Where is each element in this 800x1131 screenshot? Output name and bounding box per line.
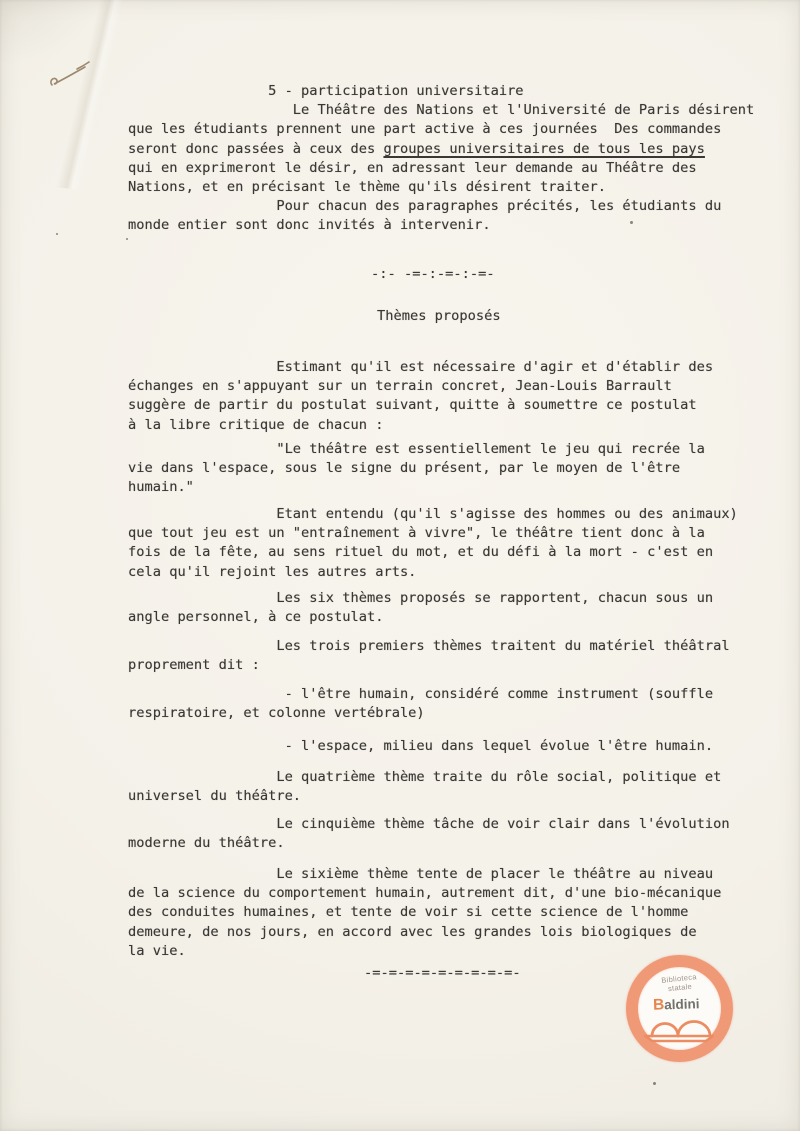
text-line: Le sixième thème tente de placer le théâ… (128, 865, 721, 884)
text-line: Pour chacun des paragraphes précités, le… (128, 197, 721, 216)
text-line: universel du théâtre. (128, 787, 721, 806)
bullet-etre-humain: - l'être humain, considéré comme instrum… (128, 685, 713, 723)
text-line: Le Théâtre des Nations et l'Université d… (128, 101, 754, 120)
paper-sheet: 5 - participation universitaire Le Théât… (0, 0, 800, 1131)
ink-speck (56, 233, 58, 235)
text-line: cela qu'il rejoint les autres arts. (128, 563, 738, 582)
text-line: seront donc passées à ceux des groupes u… (128, 140, 754, 159)
text-line: demeure, de nos jours, en accord avec le… (128, 923, 721, 942)
ink-speck (653, 1082, 656, 1085)
text-line: de la science du comportement humain, au… (128, 884, 721, 903)
text-line: qui en exprimeront le désir, en adressan… (128, 159, 754, 178)
paragraph-estimant: Estimant qu'il est nécessaire d'agir et … (128, 358, 713, 435)
text-line: suggère de partir du postulat suivant, q… (128, 396, 713, 415)
text-line: que tout jeu est un "entraînement à vivr… (128, 524, 738, 543)
text-line: proprement dit : (128, 656, 730, 675)
text-line: Le cinquième thème tâche de voir clair d… (128, 815, 730, 834)
text-line: humain." (128, 478, 705, 497)
text-line: Etant entendu (qu'il s'agisse des hommes… (128, 505, 738, 524)
text-line: fois de la fête, au sens rituel du mot, … (128, 543, 738, 562)
text-line: Les six thèmes proposés se rapportent, c… (128, 589, 713, 608)
separator-bottom: -=-=-=-=-=-=-=-=-=- (364, 964, 521, 983)
paragraph-etant-entendu: Etant entendu (qu'il s'agisse des hommes… (128, 505, 738, 582)
separator-top: -:- -=-:-=-:-=- (371, 265, 495, 284)
text-line: Estimant qu'il est nécessaire d'agir et … (128, 358, 713, 377)
text-line: Les trois premiers thèmes traitent du ma… (128, 637, 730, 656)
text-line: Le quatrième thème traite du rôle social… (128, 768, 721, 787)
text-line: - l'être humain, considéré comme instrum… (128, 685, 713, 704)
paragraph-quatrieme-theme: Le quatrième thème traite du rôle social… (128, 768, 721, 806)
section-heading-themes-proposes: Thèmes proposés (377, 307, 501, 326)
paragraph-invitation: Pour chacun des paragraphes précités, le… (128, 197, 721, 235)
text-line: Thèmes proposés (377, 307, 501, 326)
paragraph-cinquieme-theme: Le cinquième thème tâche de voir clair d… (128, 815, 730, 853)
paragraph-participation: 5 - participation universitaire Le Théât… (128, 82, 754, 197)
bullet-espace: - l'espace, milieu dans lequel évolue l'… (128, 737, 713, 756)
paragraph-quote-postulat: "Le théâtre est essentiellement le jeu q… (128, 440, 705, 498)
text-line: -=-=-=-=-=-=-=-=-=- (364, 964, 521, 983)
text-line: "Le théâtre est essentiellement le jeu q… (128, 440, 705, 459)
ink-speck (630, 221, 633, 224)
stamp-name-rest: aldini (664, 996, 700, 1012)
stamp-name: Baldini (626, 994, 727, 1015)
text-line: respiratoire, et colonne vertébrale) (128, 704, 713, 723)
text-line: - l'espace, milieu dans lequel évolue l'… (128, 737, 713, 756)
stamp-name-initial: B (653, 996, 665, 1013)
text-line: monde entier sont donc invités à interve… (128, 216, 721, 235)
text-line: que les étudiants prennent une part acti… (128, 120, 754, 139)
text-line: échanges en s'appuyant sur un terrain co… (128, 377, 713, 396)
text-line: des conduites humaines, et tente de voir… (128, 903, 721, 922)
paragraph-sixieme-theme: Le sixième thème tente de placer le théâ… (128, 865, 721, 961)
text-line: à la libre critique de chacun : (128, 416, 713, 435)
paragraph-trois-premiers: Les trois premiers thèmes traitent du ma… (128, 637, 730, 675)
paragraph-six-themes: Les six thèmes proposés se rapportent, c… (128, 589, 713, 627)
open-book-icon (644, 1018, 714, 1044)
ink-speck (126, 238, 128, 240)
text-line: moderne du théâtre. (128, 834, 730, 853)
library-stamp: Biblioteca statale Baldini (626, 955, 733, 1062)
text-line: Nations, et en précisant le thème qu'ils… (128, 178, 754, 197)
text-line: 5 - participation universitaire (128, 82, 754, 101)
underlined-text: groupes universitaires de tous les pays (383, 141, 704, 157)
text-line: -:- -=-:-=-:-=- (371, 265, 495, 284)
text-line: vie dans l'espace, sous le signe du prés… (128, 459, 705, 478)
text-line: angle personnel, à ce postulat. (128, 608, 713, 627)
